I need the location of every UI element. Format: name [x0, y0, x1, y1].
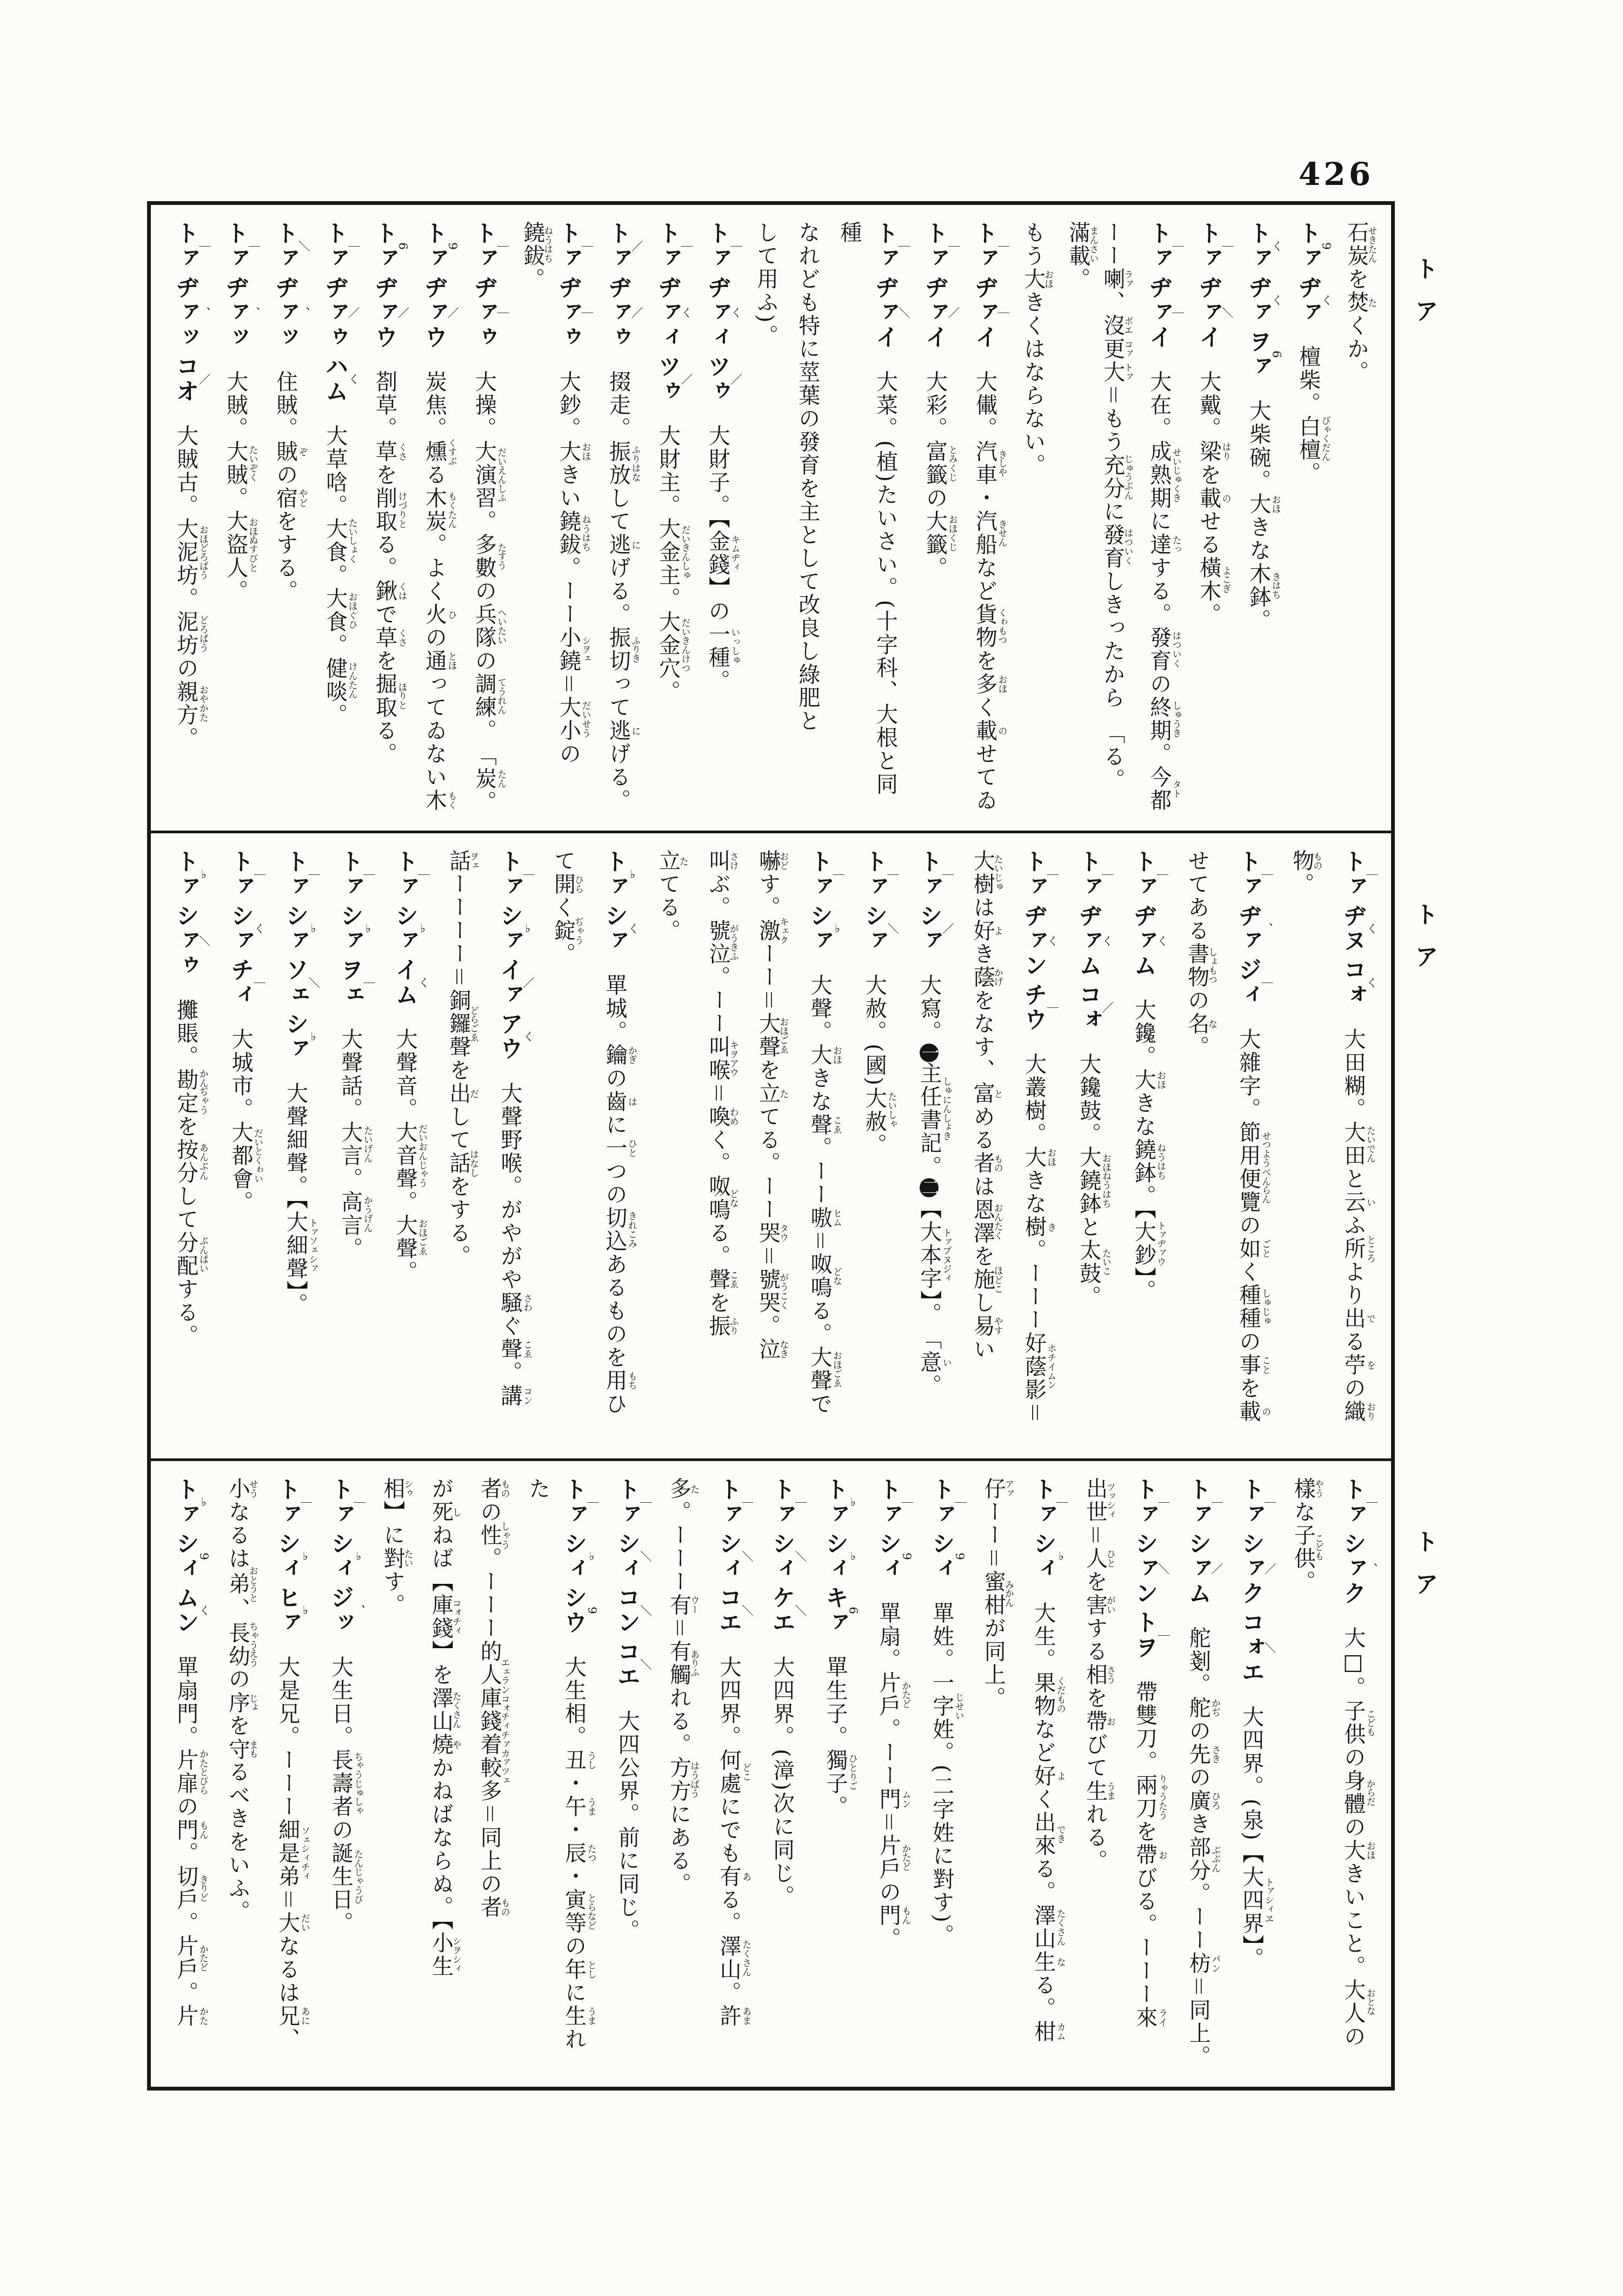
headword-katakana: トァ｜シァ＼	[861, 850, 888, 958]
entry-column: トァ｜シァ／大寫。一主任書記しゅにんしょき。二【大本字トァプヌジィ】。 「意い。	[910, 850, 953, 1446]
entry-column: トァ｜ヂァイ＼大菜。(植)たいさい。(十字科、大根と同種	[832, 221, 909, 818]
entry-column: トァ｜シィ♭大生。果物くだものなど好よく出來できる。澤山たくさん生なる。柑カム	[1025, 1477, 1067, 2074]
headword-katakana: トァ9ヂァウ／	[421, 221, 448, 354]
entry-column: 者ものの性しゃう。ーーー的人庫錢着較多エェランコォチィチァカァツェ＝同上の者もの	[472, 1477, 510, 2074]
headword-katakana: トァ｜ヂァ、ジィ｜	[1235, 850, 1262, 1012]
headword-katakana: トァ｜ヂァンくチウ｜	[1021, 850, 1048, 1037]
entry-column: トァ｜シァク、大□。子供こどもの身體からだの大おほきいこと。大人おとなの	[1334, 1477, 1377, 2074]
entry-column: が死しねば【庫錢コォチィ】を澤山たくさん燒やかねばならぬ。【小生シヲシィ	[424, 1477, 462, 2074]
definition-text: 大四界。何處どこにでも有ある。澤山たくさん。許あま	[716, 1656, 741, 2028]
definition-text: 大聲野喉。がやがや騒さわぐ聲こゑ。講コン	[497, 1082, 522, 1408]
entry-column: 仔アァーー＝蜜柑みかんが同上。	[976, 1477, 1014, 2074]
entry-column: 多た。ーーー有ウー＝有觸ありふれる。方方はうばうにある。	[662, 1477, 700, 2074]
definition-text: 大□。子供こどもの身體からだの大おほきいこと。大人おとなの	[1341, 1627, 1366, 2048]
definition-text: 物もの。	[1289, 850, 1314, 896]
definition-text: ーー喇ラァ、沒ボエ更コァ大トァ＝もう充分じゅうぶんに發育はついくしきったから 「…	[1066, 221, 1125, 792]
definition-text: が死しねば【庫錢コォチィ】を澤山たくさん燒やかねばならぬ。【小生シヲシィ	[429, 1477, 454, 1978]
entry-column: せてある書物しょもつの名な。	[1180, 850, 1218, 1446]
entry-column: 石炭せきたんを焚たくか。	[1339, 221, 1377, 818]
definition-text: 話ヲェーーーー＝銅鑼聲どらごゑを出だして話はなしをする。	[446, 850, 471, 1268]
headword-katakana: トァ｜シァン＼トヲ｜	[1132, 1477, 1159, 1664]
definition-text: 單姓。一字姓じせい。(二字姓に對す)。	[929, 1602, 954, 1947]
headword-katakana: トァ｜シァくチィ｜	[227, 850, 254, 1012]
entry-column: トァ9ヂァく檀柴。白檀びゃくだん。	[1289, 221, 1332, 818]
definition-text: 大賊古。大泥坊おほどろばう。泥坊どろばうの親方おやかた。	[174, 424, 198, 750]
definition-text: 大叢樹。大おほきな樹き。ーーー好蔭影ホチイムン＝	[1022, 1053, 1047, 1425]
entry-column: トァ｜ヂァッ、コオ／大賊古。大泥坊おほどろばう。泥坊どろばうの親方おやかた。	[167, 221, 210, 818]
entry-column: トァ｜ヂァッ、大賊。大賊たいぞく。大盜人おほぬすびと。	[217, 221, 260, 818]
headword-katakana: トァ♭シィ♭キァ6	[822, 1477, 849, 1640]
definition-text: 大四界。(泉)【大四界トァシィヱ】。	[1239, 1706, 1264, 1970]
band-1: 石炭せきたんを焚たくか。トァ9ヂァく檀柴。白檀びゃくだん。トァくヂァくヲァ6大柴…	[151, 205, 1391, 831]
definition-text: せてある書物しょもつの名な。	[1185, 850, 1209, 1059]
entry-column: トァ♭シィ♭キァ6單生子。獨子ひとりご。	[816, 1477, 859, 2074]
headword-katakana: トァ｜シィ♭	[1030, 1477, 1057, 1585]
headword-katakana: トァ｜シィ♭ヒァ♭	[274, 1477, 301, 1640]
entry-column: トァ｜シィ♭シウ9大生相。丑うし・午うま・辰たつ・寅等とらなどの年としに生うまれ…	[521, 1477, 598, 2074]
definition-text: 大城市。大都會だいとくゎい。	[228, 1028, 253, 1214]
entry-column: トァ｜シァ♭ソェ＼シァ♭大聲細聲。【大細聲トァソェシァ】。	[277, 850, 320, 1446]
definition-text: 大雜字。節用便覽せつようべんらんの如ごとく種種しゅじゅの事ことを載の	[1236, 1028, 1261, 1423]
entry-column: トァ｜ヂァイ｜大在。成熟期せいじゅくきに達たっする。發育はついくの終期しゅうき。…	[1140, 221, 1183, 818]
definition-text: 出世ツッシィ＝人ひとを害がいする相さうを帶おびて生うまれる。	[1082, 1477, 1107, 1873]
entry-column: トァ｜ヂァゥ｜大操。大演習だいえんしふ。多數たすうの兵隊へいたいの調練てうれん。…	[465, 221, 508, 818]
definition-text: 炭焦。燻くすぶる木炭もくたん。よく火ひの通とほってゐない木もく	[422, 370, 447, 812]
entry-column: トァ｜シィ♭ジッ、大生日。長壽者ちゃうじゅしゃの誕生日たんじゃうび。	[322, 1477, 364, 2074]
entry-column: トァ9ヂァウ／炭焦。燻くすぶる木炭もくたん。よく火ひの通とほってゐない木もく	[416, 221, 458, 818]
circled-number: 一	[920, 1044, 938, 1062]
entry-column: トァ｜シァくチィ｜大城市。大都會だいとくゎい。	[222, 850, 264, 1446]
headword-katakana: トァ｜ヂァゥ｜	[471, 221, 498, 354]
headword-katakana: トァ｜ヂァッ、コオ／	[172, 221, 199, 408]
entry-column: なれども特に莖葉の發育を主として改良し綠肥と	[790, 221, 825, 818]
definition-text: 大四公界。前に同じ。	[615, 1710, 640, 1942]
headword-katakana: トァ｜シァ♭ソェ＼シァ♭	[282, 850, 309, 1066]
headword-katakana: トァ｜シァ♭	[806, 850, 833, 958]
entry-column: トァ＼ヂァッ、住賊。賊ぞの宿やどをする。	[267, 221, 309, 818]
headword-katakana: トァ｜シィ♭ジッ、	[327, 1477, 354, 1640]
entry-column: 叫さけぶ。號泣がうきふ。ーー叫喉キヲアウ＝喚わめく。呶鳴どなる。聲こゑを振ふり	[701, 850, 739, 1446]
entry-column: 物もの。	[1285, 850, 1322, 1446]
headword-katakana: トァ｜ヂァムく	[1130, 850, 1157, 983]
entry-column: トァ｜シィ＼ケエ＼大四界。(漳)次に同じ。	[763, 1477, 806, 2074]
definition-text: 大財主。大金主だいきんしゅ。大金穴だいきんけつ。	[655, 424, 680, 704]
entry-column: ーー喇ラァ、沒ボエ更コァ大トァ＝もう充分じゅうぶんに發育はついくしきったから 「…	[1061, 221, 1133, 818]
headword-katakana: トァ｜シィ9	[928, 1477, 955, 1585]
definition-text: 相シゥ】に對たいす。	[380, 1477, 405, 1617]
definition-text: 大生。果物くだものなど好よく出來できる。澤山たくさん生なる。柑カム	[1031, 1602, 1056, 2043]
definition-text: 多た。ーーー有ウー＝有觸ありふれる。方方はうばうにある。	[667, 1477, 691, 1896]
entry-column: トァ｜ヂァィくツゥ／大財主。大金主だいきんしゅ。大金穴だいきんけつ。	[649, 221, 692, 818]
headword-katakana: トァ｜ヂァイ＼	[1195, 221, 1222, 354]
entry-column: 立たてる。	[651, 850, 689, 1446]
definition-text: 舵剗。舵かぢの先さきの廣ひろき部分ぶぶん。ーー枋パン＝同上。	[1186, 1627, 1210, 2068]
margin-guide-word: トア	[1407, 1529, 1441, 1614]
entry-column: 小せうなるは弟おとうと、長幼ちゃうえうの序じょを守まもるべきをいふ。	[220, 1477, 258, 2074]
headword-katakana: トァ｜シァ／	[916, 850, 943, 958]
entry-column: トァ｜シィ＼コエ＼大四界。何處どこにでも有ある。澤山たくさん。許あま	[710, 1477, 753, 2074]
entry-column: もう大おほきくはならない。	[1016, 221, 1054, 818]
headword-katakana: トァ｜シィ＼コン＼コエ＼	[614, 1477, 641, 1694]
entry-column: 樣やうな子供こども。	[1286, 1477, 1323, 2074]
entry-column: トァ｜シァク／コォエ＼大四界。(泉)【大四界トァシィヱ】。	[1233, 1477, 1275, 2074]
headword-katakana: トァ♭シァく	[601, 850, 628, 958]
entry-column: トァ｜ヂァィくツゥ／大財子。【金錢キムヂィ】の一種いっしゅ。	[699, 221, 742, 818]
definition-text: 大財子。【金錢キムヂィ】の一種いっしゅ。	[705, 424, 730, 693]
entry-column: 大樹たいじゅは好よき蔭かげをなす、富とめる者ものは恩澤おんたくを施ほどこし易やす…	[965, 850, 1003, 1446]
headword-katakana: トァ｜シァク／コォエ＼	[1238, 1477, 1265, 1689]
margin-guide-word: トア	[1407, 256, 1441, 341]
definition-text: 大聲音。大音聲だいおんじゃう。大聲おほごゑ。	[393, 1028, 417, 1284]
headword-katakana: トァ｜シィ＼コエ＼	[715, 1477, 742, 1640]
entry-column: トァ｜シァ＼大赦。(國)大赦たいしゃ。	[855, 850, 898, 1446]
definition-text: 樣やうな子供こども。	[1291, 1477, 1315, 1594]
definition-text: 立たてる。	[656, 850, 681, 943]
entry-column: トァ｜ヂァイ＼大戴。梁はりを載のせる橫木よこぎ。	[1190, 221, 1233, 818]
entry-column: トァ｜ヂァゥ／ハムく大草唅。大食たいしょく。大食おほぐひ。健啖けんたん。	[316, 221, 359, 818]
headword-katakana: トァ｜シァク、	[1340, 1477, 1367, 1610]
entry-column: トァ｜シィ9單扇。片戶かたど。ーー門ムン＝片戶かたどの門もん。	[870, 1477, 913, 2074]
definition-text: なれども特に莖葉の發育を主として改良し綠肥と	[795, 221, 820, 733]
definition-text: 大草唅。大食たいしょく。大食おほぐひ。健啖けんたん。	[323, 424, 348, 727]
headword-katakana: トァ｜ヂァゥ／ハムく	[322, 221, 349, 408]
entry-column: トァ♭シァゥ＼攤賬。勘定かんぢゃうを按分あんぶんして分配ぶんぱいする。	[167, 850, 210, 1446]
headword-katakana: トァ｜ヂァィくツゥ／	[704, 221, 731, 408]
entry-column: て開ひらく錠ぢゃう。	[546, 850, 584, 1446]
band-3: トァ｜シァク、大□。子供こどもの身體からだの大おほきいこと。大人おとなの樣やうな…	[151, 1458, 1391, 2087]
definition-text: 單生子。獨子ひとりご。	[823, 1656, 848, 1819]
definition-text: 大彩。富籤とみくじの大籤おほくじ。	[923, 370, 948, 580]
content-box: 石炭せきたんを焚たくか。トァ9ヂァく檀柴。白檀びゃくだん。トァくヂァくヲァ6大柴…	[147, 201, 1395, 2091]
headword-katakana: トァ＼ヂァッ、	[272, 221, 299, 354]
headword-katakana: トァ／ヂァゥ／	[604, 221, 631, 354]
entry-column: 嚇おどす。激キェクーー＝大聲おほごゑを立たてる。ーー哭タウ＝號哭がうこく。泣なき	[751, 850, 789, 1446]
page-number: 426	[1299, 156, 1374, 193]
headword-katakana: トァくヂァくヲァ6	[1245, 221, 1272, 383]
definition-text: 石炭せきたんを焚たくか。	[1344, 221, 1369, 384]
definition-text: 大操。大演習だいえんしふ。多數たすうの兵隊へいたいの調練てうれん。 「炭たん。	[472, 370, 497, 814]
definition-text: 大赦。(國)大赦たいしゃ。	[862, 974, 887, 1157]
headword-katakana: トァ6ヂァウ／	[371, 221, 398, 354]
definition-text: 大鑱鼓。大鐃鉢おほねうはちと太鼓たいこ。	[1076, 1053, 1101, 1309]
headword-katakana: トァ｜シィ♭シウ9	[561, 1477, 588, 1640]
definition-text: て開ひらく錠ぢゃう。	[551, 850, 576, 966]
definition-text: 大聲話。大言たいげん。高言かうげん。	[338, 1028, 363, 1260]
headword-katakana: トァ｜シァム／	[1185, 1477, 1212, 1610]
circled-number: 二	[920, 1178, 938, 1197]
definition-text: 叫さけぶ。號泣がうきふ。ーー叫喉キヲアウ＝喚わめく。呶鳴どなる。聲こゑを振ふり	[706, 850, 730, 1338]
entry-column: トァ｜シァ♭大聲。大おほきな聲こゑ。ーー嗷ヒム＝呶鳴どなる。大聲おほごゑで	[801, 850, 843, 1446]
headword-katakana: トァ｜ヂァゥ｜	[555, 221, 582, 354]
headword-katakana: トァ｜ヂァムくコォ／	[1075, 850, 1102, 1037]
definition-text: 掇走。振放ふりはなして逃にげる。振切ふりきって逃にげる。	[606, 370, 630, 812]
headword-katakana: トァ｜シィ9	[875, 1477, 902, 1585]
definition-text: 大四界。(漳)次に同じ。	[769, 1656, 794, 1908]
definition-text: 仔アァーー＝蜜柑みかんが同上。	[981, 1477, 1006, 1710]
entry-column: 話ヲェーーーー＝銅鑼聲どらごゑを出だして話はなしをする。	[441, 850, 479, 1446]
headword-katakana: トァ｜ヂァイ／	[922, 221, 949, 354]
definition-text: して用ふ)。	[753, 221, 778, 348]
headword-katakana: トァ｜ヂァイ＼	[872, 221, 899, 354]
definition-text: 大賊。大賊たいぞく。大盜人おほぬすびと。	[223, 370, 248, 603]
headword-katakana: トァ｜ヂァィくツゥ／	[654, 221, 681, 408]
entry-column: トァくヂァくヲァ6大柴碗。大おほきな木鉢きはち。	[1240, 221, 1282, 818]
definition-text: 大聲細聲。【大細聲トァソェシァ】。	[283, 1082, 308, 1316]
definition-text: 大生日。長壽者ちゃうじゅしゃの誕生日たんじゃうび。	[328, 1656, 353, 1935]
entry-column: トァ｜ヂァイ｜大儎。汽車きしや・汽船きせんなど貨物くゎもつを多おほく載のせてゐ	[966, 221, 1009, 818]
definition-text: 單扇。片戶かたど。ーー門ムン＝片戶かたどの門もん。	[876, 1602, 901, 1950]
definition-text: 大田糊。大田たいでんと云いふ所ところより出でる苧をの織おり	[1341, 1028, 1366, 1423]
band-2: トァ｜ヂヌくコォく大田糊。大田たいでんと云いふ所ところより出でる苧をの織おり物も…	[151, 831, 1391, 1459]
entry-column: トァ♭シァく單城。鑰かぎの齒はに一ひとつの切込きれこみあるものを用もちひ	[596, 850, 638, 1446]
entry-column: トァ｜ヂァンくチウ｜大叢樹。大おほきな樹き。ーーー好蔭影ホチイムン＝	[1015, 850, 1058, 1446]
definition-text: 大鑱。大おほきな鐃鉢ねうはち。【大鈔トァヂァウ】。	[1131, 999, 1156, 1303]
headword-katakana: トァ｜シァ♭イムく	[391, 850, 418, 1012]
definition-text: 檀柴。白檀びゃくだん。	[1296, 346, 1321, 485]
entry-column: 相シゥ】に對たいす。	[375, 1477, 413, 2074]
headword-katakana: トァ｜ヂァッ、	[222, 221, 249, 354]
headword-katakana: トァ｜シァ♭イァ／アウく	[496, 850, 523, 1066]
definition-text: 大是兄。ーーー細是弟ソェシィチィ＝大だいなるは兄あに、	[275, 1656, 300, 2051]
definition-text: 者ものの性しゃう。ーーー的人庫錢着較多エェランコォチィチァカァツェ＝同上の者もの	[477, 1477, 502, 1919]
definition-text: 大寫。一主任書記しゅにんしょき。二【大本字トァプヌジィ】。 「意い。	[917, 974, 942, 1397]
entry-column: トァ｜ヂァイ／大彩。富籤とみくじの大籤おほくじ。	[916, 221, 959, 818]
dictionary-scan-page: 426 石炭せきたんを焚たくか。トァ9ヂァく檀柴。白檀びゃくだん。トァくヂァくヲ…	[0, 0, 1623, 2296]
entry-column: トァ｜シァン＼トヲ｜帶雙刀。兩刀りゃうたうを帶おびる。ーーー來ライ	[1126, 1477, 1169, 2074]
definition-text: 嚇おどす。激キェクーー＝大聲おほごゑを立たてる。ーー哭タウ＝號哭がうこく。泣なき	[756, 850, 781, 1361]
definition-text: 住賊。賊ぞの宿やどをする。	[273, 370, 298, 603]
definition-text: 單城。鑰かぎの齒はに一ひとつの切込きれこみあるものを用もちひ	[602, 974, 627, 1416]
headword-katakana: トァ｜シァ♭ヲェ｜	[337, 850, 364, 1012]
entry-column: トァ｜シァム／舵剗。舵かぢの先さきの廣ひろき部分ぶぶん。ーー枋パン＝同上。	[1179, 1477, 1222, 2074]
headword-katakana: トァ｜ヂヌくコォく	[1340, 850, 1367, 1012]
entry-column: トァ｜シァ♭ヲェ｜大聲話。大言たいげん。高言かうげん。	[331, 850, 374, 1446]
definition-text: 大樹たいじゅは好よき蔭かげをなす、富とめる者ものは恩澤おんたくを施ほどこし易やす…	[970, 850, 995, 1361]
entry-column: して用ふ)。	[748, 221, 783, 818]
entry-column: トァ｜ヂァゥ｜大鈔。大おほきい鐃鈸ねうはち。ーー小鐃シヲェ＝大小だいせうの鐃鈸ね…	[515, 221, 593, 818]
entry-column: トァ6ヂァウ／剳草。草くさを削取けづりとる。鍬くはで草くさを掘取ほりとる。	[366, 221, 409, 818]
entry-column: トァ｜ヂァムくコォ／大鑱鼓。大鐃鉢おほねうはちと太鼓たいこ。	[1070, 850, 1113, 1446]
definition-text: 單扇門。片扉かたとびらの門もん。切戶きりど。片戶かたど。片かた	[174, 1656, 198, 2028]
definition-text: 小せうなるは弟おとうと、長幼ちゃうえうの序じょを守まもるべきをいふ。	[225, 1477, 250, 1923]
definition-text: 剳草。草くさを削取けづりとる。鍬くはで草くさを掘取ほりとる。	[373, 370, 397, 766]
headword-katakana: トァ｜ヂァイ｜	[972, 221, 999, 354]
margin-guide-word: トア	[1407, 902, 1441, 986]
definition-text: もう大おほきくはならない。	[1021, 221, 1046, 477]
entry-column: トァ｜ヂァムく大鑱。大おほきな鐃鉢ねうはち。【大鈔トァヂァウ】。	[1125, 850, 1167, 1446]
entry-column: トァ｜シィ9單姓。一字姓じせい。(二字姓に對す)。	[923, 1477, 966, 2074]
entry-column: トァ｜ヂァ、ジィ｜大雜字。節用便覽せつようべんらんの如ごとく種種しゅじゅの事こと…	[1229, 850, 1272, 1446]
entry-column: トァ／ヂァゥ／掇走。振放ふりはなして逃にげる。振切ふりきって逃にげる。	[600, 221, 642, 818]
entry-column: トァ｜シァ♭イムく大聲音。大音聲だいおんじゃう。大聲おほごゑ。	[386, 850, 429, 1446]
definition-text: 攤賬。勘定かんぢゃうを按分あんぶんして分配ぶんぱいする。	[174, 999, 198, 1348]
definition-text: 大聲。大おほきな聲こゑ。ーー嗷ヒム＝呶鳴どなる。大聲おほごゑで	[807, 974, 832, 1416]
definition-text: 帶雙刀。兩刀りゃうたうを帶おびる。ーーー來ライ	[1133, 1681, 1158, 2029]
entry-column: トァ♭シィ9ムンく單扇門。片扉かたとびらの門もん。切戶きりど。片戶かたど。片かた	[167, 1477, 210, 2074]
definition-text: 大柴碗。大おほきな木鉢きはち。	[1246, 400, 1271, 632]
entry-column: トァ｜シィ＼コン＼コエ＼大四公界。前に同じ。	[608, 1477, 651, 2074]
definition-text: 大在。成熟期せいじゅくきに達たっする。發育はついくの終期しゅうき。今都タト	[1147, 370, 1172, 812]
headword-katakana: トァ♭シィ9ムンく	[172, 1477, 199, 1640]
definition-text: 大儎。汽車きしや・汽船きせんなど貨物くゎもつを多おほく載のせてゐ	[973, 370, 997, 812]
definition-text: 大戴。梁はりを載のせる橫木よこぎ。	[1196, 370, 1221, 626]
headword-katakana: トァ｜シィ＼ケエ＼	[768, 1477, 795, 1640]
entry-column: トァ｜ヂヌくコォく大田糊。大田たいでんと云いふ所ところより出でる苧をの織おり	[1334, 850, 1377, 1446]
headword-katakana: トァ♭シァゥ＼	[172, 850, 199, 983]
entry-column: 出世ツッシィ＝人ひとを害がいする相さうを帶おびて生うまれる。	[1077, 1477, 1115, 2074]
headword-katakana: トァ9ヂァく	[1295, 221, 1322, 329]
headword-katakana: トァ｜ヂァイ｜	[1146, 221, 1173, 354]
entry-column: トァ｜シァ♭イァ／アウく大聲野喉。がやがや騒さわぐ聲こゑ。講コン	[491, 850, 534, 1446]
entry-column: トァ｜シィ♭ヒァ♭大是兄。ーーー細是弟ソェシィチィ＝大だいなるは兄あに、	[269, 1477, 311, 2074]
